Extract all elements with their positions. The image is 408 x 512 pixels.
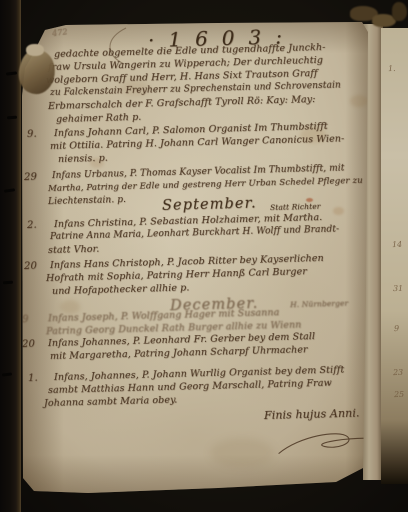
handwriting-layer: 472 ·1603: gedachte obgemelte die Edle u… (18, 20, 370, 498)
stitch-mark (7, 116, 17, 120)
intro-line: Erbmarschalch der F. Grafschafft Tyroll … (48, 95, 316, 112)
stitch-mark (4, 188, 15, 193)
edge-number: 23 (393, 368, 403, 377)
edge-number: 31 (393, 284, 403, 293)
edge-number: 9 (394, 324, 399, 333)
entry-line: Liechtenstain. p. (48, 196, 126, 207)
stitch-mark (3, 281, 13, 285)
margin-note: H. Nürnberger (290, 299, 348, 308)
entry-day-number: 1. (28, 374, 38, 384)
month-heading-september: September. (162, 197, 257, 214)
entry-day-number: 20 (24, 262, 37, 272)
entry-day-number: 9. (27, 130, 37, 140)
edge-number: 1. (388, 64, 396, 73)
book-scan: 1. 14 31 9 23 25 472 ·1603: gedachte obg… (0, 0, 408, 512)
stitch-mark (2, 372, 12, 376)
binding-debris (392, 2, 407, 21)
facing-page-edge: 1. 14 31 9 23 25 (381, 28, 408, 484)
entry-line: und Hofapothecker allhie p. (52, 283, 190, 296)
corner-mark: 472 (51, 28, 68, 38)
entry-day-number: 20 (22, 340, 35, 350)
entry-day-number: 2. (27, 221, 37, 231)
entry-line: Johanna sambt Maria obey. (44, 396, 178, 409)
entry-day-number: 29 (24, 173, 37, 183)
stitch-mark (6, 71, 17, 75)
intro-line: gehaimer Rath p. (56, 113, 142, 125)
entry-line: statt Vhor. (48, 245, 100, 256)
paper-chip (26, 44, 44, 56)
entry-day-number: 9 (22, 315, 29, 325)
manuscript-page: 472 ·1603: gedachte obgemelte die Edle u… (18, 20, 370, 498)
entry-line: niensis. p. (58, 154, 108, 165)
margin-note: Statt Richter (270, 203, 321, 212)
closing-formula: Finis hujus Anni. (264, 408, 360, 421)
edge-number: 25 (394, 390, 404, 399)
edge-number: 14 (392, 240, 402, 249)
